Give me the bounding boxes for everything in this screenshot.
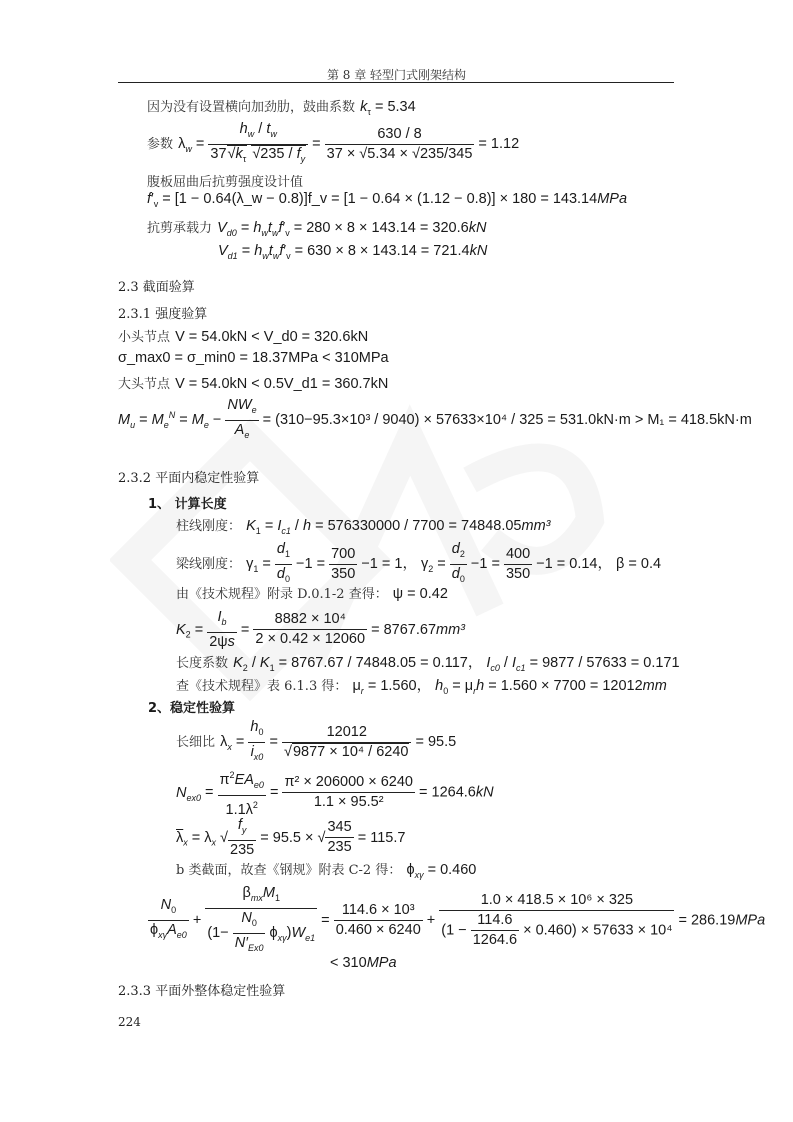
running-header: 第 8 章 轻型门式刚架结构 xyxy=(0,66,793,83)
column-stiffness: 柱线刚度： K1 = Ic1 / h = 576330000 / 7700 = … xyxy=(176,515,551,536)
slenderness-formula: 长细比 λx = h0ix0 = 12012√9877 × 10⁴ / 6240… xyxy=(176,718,456,767)
beam-stiffness: 梁线刚度： γ1 = d1d0 −1 = 700350 −1 = 1， γ2 =… xyxy=(176,540,661,589)
nex0-formula: Nex0 = π2EAe01.1λ2 = π² × 206000 × 62401… xyxy=(176,766,494,820)
step-1-title: 1、 计算长度 xyxy=(148,493,227,512)
step-2-title: 2、稳定性验算 xyxy=(148,697,235,716)
k2-formula: K2 = Ib2ψs = 8882 × 10⁴2 × 0.42 × 12060 … xyxy=(176,608,465,652)
header-rule xyxy=(118,82,674,83)
section-heading-2-3-2: 2.3.2 平面内稳定性验算 xyxy=(118,467,259,486)
length-factor-ratio: 长度系数 K2 / K1 = 8767.67 / 74848.05 = 0.11… xyxy=(176,651,680,673)
fv-label: 腹板屈曲后抗剪强度设计值 xyxy=(147,171,303,190)
normalized-slenderness: λx = λx √fy235 = 95.5 × √345235 = 115.7 xyxy=(176,816,405,860)
table-lookup: 查《技术规程》表 6.1.3 得： μr = 1.560， h0 = μrh =… xyxy=(176,674,667,696)
fv-formula: f′v = [1 − 0.64(λ_w − 0.8)]f_v = [1 − 0.… xyxy=(147,191,627,209)
section-heading-2-3-3: 2.3.3 平面外整体稳定性验算 xyxy=(118,980,285,999)
lambda-w-formula: 参数 λw = hw / tw37√kτ √235 / fy = 630 / 8… xyxy=(147,120,519,169)
section-heading-2-3: 2.3 截面验算 xyxy=(118,276,195,295)
kt-line: 因为没有设置横向加劲肋，鼓曲系数 kτ = 5.34 xyxy=(147,96,416,117)
vd1-formula: Vd1 = hwtwf′v = 630 × 8 × 143.14 = 721.4… xyxy=(218,243,487,261)
page-number: 224 xyxy=(118,1015,141,1029)
stability-check-formula: N0ϕxγAe0 + βmxM1(1− N0N′Ex0 ϕxγ)We1 = 11… xyxy=(148,884,765,958)
mu-formula: Mu = MeN = Me − NWeAe = (310−95.3×10³ / … xyxy=(118,396,752,445)
sigma-check: σ_max0 = σ_min0 = 18.37MPa < 310MPa xyxy=(118,350,389,366)
phi-lookup: b 类截面，故查《钢规》附表 C-2 得： ϕxγ = 0.460 xyxy=(176,859,476,880)
psi-lookup: 由《技术规程》附录 D.0.1-2 查得： ψ = 0.42 xyxy=(176,583,448,602)
section-heading-2-3-1: 2.3.1 强度验算 xyxy=(118,303,207,322)
big-node-check: 大头节点 V = 54.0kN < 0.5V_d1 = 360.7kN xyxy=(118,373,388,392)
small-node-check: 小头节点 V = 54.0kN < V_d0 = 320.6kN xyxy=(118,326,368,345)
stability-check-limit: < 310MPa xyxy=(330,955,397,971)
vd0-formula: 抗剪承载力 Vd0 = hwtwf′v = 280 × 8 × 143.14 =… xyxy=(147,217,486,238)
